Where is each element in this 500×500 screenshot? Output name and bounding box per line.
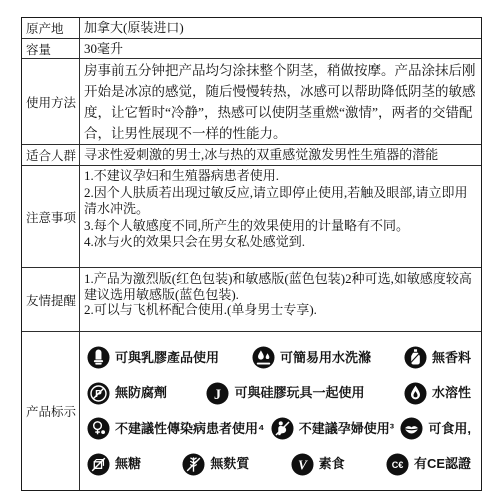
svg-text:V: V xyxy=(298,457,308,472)
product-label-item: 不建議性傳染病患者使用⁴ xyxy=(87,417,264,440)
row-label: 使用方法 xyxy=(22,59,80,144)
product-info-sheet: 原产地 加拿大(原装进口) 容量 30毫升 使用方法 房事前五分钟把产品均匀涂抹… xyxy=(0,0,500,500)
row-value: 寻求性爱刺激的男士,冰与热的双重感觉激发男性生殖器的潜能 xyxy=(80,145,481,165)
product-label-row: 可與乳膠產品使用 可簡易用水洗滌 無香料 xyxy=(87,346,471,369)
product-label-item: 無麩質 xyxy=(182,453,249,476)
table-row: 注意事项 1.不建议孕妇和生殖器病患者使用. 2.因个人肤质若出现过敏反应,请立… xyxy=(22,165,481,267)
table-row: 产品标示 可與乳膠產品使用 可簡易用水洗滌 無香料 xyxy=(22,331,481,490)
notice-line: 4.冰与火的效果只会在男女私处感觉到. xyxy=(84,234,476,251)
edible-icon xyxy=(400,417,423,440)
product-label-row: 無糖 無麩質 V 素食 C€ 有CE認證 xyxy=(87,453,471,476)
std-warning-icon xyxy=(87,417,110,440)
product-label-text: 可食用, xyxy=(428,420,471,438)
reminder-line: 2.可以与飞机杯配合使用.(单身男士专享). xyxy=(84,302,476,318)
spec-table: 原产地 加拿大(原装进口) 容量 30毫升 使用方法 房事前五分钟把产品均匀涂抹… xyxy=(21,17,482,491)
fragrance-free-icon xyxy=(404,346,427,369)
row-label: 原产地 xyxy=(22,18,80,38)
product-label-item: C€ 有CE認證 xyxy=(386,453,471,476)
row-value: 1.不建议孕妇和生殖器病患者使用. 2.因个人肤质若出现过敏反应,请立即停止使用… xyxy=(80,166,481,267)
table-row: 容量 30毫升 xyxy=(22,38,481,58)
table-row: 原产地 加拿大(原装进口) xyxy=(22,18,481,38)
row-label: 友情提醒 xyxy=(22,268,80,331)
water-soluble-icon xyxy=(404,382,427,405)
product-label-text: 無香料 xyxy=(432,349,471,367)
table-row: 友情提醒 1.产品为激烈版(红色包装)和敏感版(蓝色包装)2种可选,如敏感度较高… xyxy=(22,267,481,331)
product-label-text: 可與硅膠玩具一起使用 xyxy=(234,384,364,402)
product-label-item: V 素食 xyxy=(291,453,345,476)
row-label: 容量 xyxy=(22,39,80,58)
product-label-text: 可簡易用水洗滌 xyxy=(280,349,371,367)
product-label-item: 可與乳膠產品使用 xyxy=(87,346,219,369)
svg-text:C€: C€ xyxy=(392,460,404,470)
product-label-text: 無防腐劑 xyxy=(115,384,167,402)
product-label-grid: 可與乳膠產品使用 可簡易用水洗滌 無香料 P 無防腐劑 xyxy=(80,332,481,490)
reminder-line: 1.产品为激烈版(红色包装)和敏感版(蓝色包装)2种可选,如敏感度较高建议选用敏… xyxy=(84,271,476,302)
row-value: 房事前五分钟把产品均匀涂抹整个阴茎，稍做按摩。产品涂抹后刚开始是冰凉的感觉，随后… xyxy=(80,59,481,144)
product-label-item: 無糖 xyxy=(87,453,141,476)
product-label-item: 無香料 xyxy=(404,346,471,369)
product-label-text: 不建議性傳染病患者使用⁴ xyxy=(115,420,264,438)
notice-line: 1.不建议孕妇和生殖器病患者使用. xyxy=(84,168,476,185)
row-value: 30毫升 xyxy=(80,39,481,58)
product-label-text: 無麩質 xyxy=(210,455,249,473)
vegetarian-icon: V xyxy=(291,453,314,476)
product-label-text: 不建議孕婦使用³ xyxy=(299,420,394,438)
row-value: 加拿大(原装进口) xyxy=(80,18,481,38)
product-label-row: 不建議性傳染病患者使用⁴ 不建議孕婦使用³ 可食用, xyxy=(87,417,471,440)
product-label-text: 有CE認證 xyxy=(414,455,471,473)
table-row: 使用方法 房事前五分钟把产品均匀涂抹整个阴茎，稍做按摩。产品涂抹后刚开始是冰凉的… xyxy=(22,58,481,144)
row-value: 1.产品为激烈版(红色包装)和敏感版(蓝色包装)2种可选,如敏感度较高建议选用敏… xyxy=(80,268,481,331)
row-label: 适合人群 xyxy=(22,145,80,165)
notice-line: 2.因个人肤质若出现过敏反应,请立即停止使用,若触及眼部,请立即用清水冲洗。 xyxy=(84,185,476,218)
product-label-row: P 無防腐劑 J 可與硅膠玩具一起使用 水溶性 xyxy=(87,382,471,405)
latex-compatible-icon xyxy=(87,346,110,369)
product-label-text: 素食 xyxy=(319,455,345,473)
gluten-free-icon xyxy=(182,453,205,476)
product-label-text: 水溶性 xyxy=(432,384,471,402)
product-label-item: 可簡易用水洗滌 xyxy=(252,346,371,369)
pregnancy-warning-icon xyxy=(271,417,294,440)
ce-certified-icon: C€ xyxy=(386,453,409,476)
product-label-text: 無糖 xyxy=(115,455,141,473)
notice-line: 3.每个人敏感度不同,所产生的效果使用的计量略有不同。 xyxy=(84,218,476,235)
sugar-free-icon xyxy=(87,453,110,476)
table-row: 适合人群 寻求性爱刺激的男士,冰与热的双重感觉激发男性生殖器的潜能 xyxy=(22,144,481,165)
water-washable-icon xyxy=(252,346,275,369)
silicone-toy-compatible-icon: J xyxy=(206,382,229,405)
product-label-item: 不建議孕婦使用³ xyxy=(271,417,394,440)
preservative-free-icon: P xyxy=(87,382,110,405)
row-label: 注意事项 xyxy=(22,166,80,267)
row-label: 产品标示 xyxy=(22,332,80,490)
product-label-text: 可與乳膠產品使用 xyxy=(115,349,219,367)
product-label-item: J 可與硅膠玩具一起使用 xyxy=(206,382,364,405)
product-label-item: 水溶性 xyxy=(404,382,471,405)
product-label-item: P 無防腐劑 xyxy=(87,382,167,405)
product-label-item: 可食用, xyxy=(400,417,471,440)
svg-text:J: J xyxy=(214,387,221,403)
